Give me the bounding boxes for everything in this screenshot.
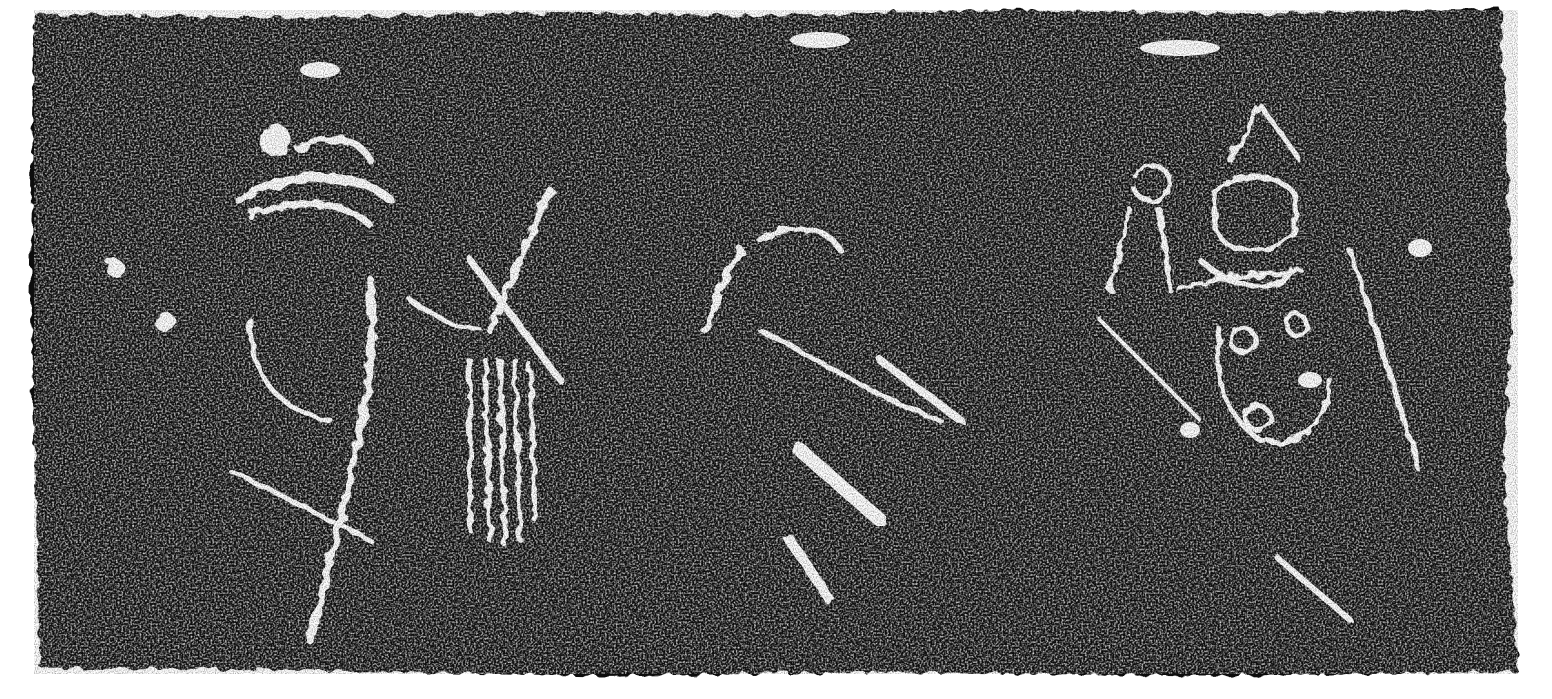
stone-rubbing-image xyxy=(0,0,1552,699)
ink-specks xyxy=(34,10,1518,674)
